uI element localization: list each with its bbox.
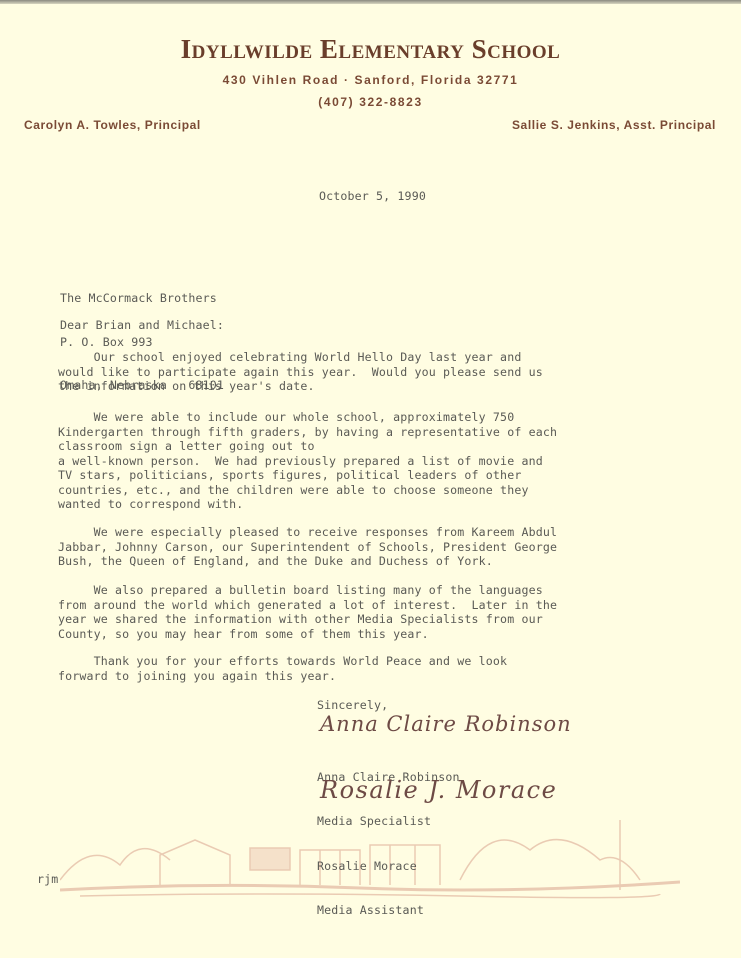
school-address: 430 Vihlen Road · Sanford, Florida 32771 [0, 73, 741, 87]
handwritten-signature: Rosalie J. Morace [320, 776, 557, 804]
signatory-title: Media Assistant [317, 903, 424, 918]
principal-name: Carolyn A. Towles, Principal [24, 118, 201, 132]
salutation: Dear Brian and Michael: [60, 318, 224, 333]
body-paragraph: We were especially pleased to receive re… [58, 525, 557, 569]
body-paragraph: Our school enjoyed celebrating World Hel… [58, 350, 543, 394]
recipient-line: The McCormack Brothers [60, 291, 224, 306]
body-paragraph: Thank you for your efforts towards World… [58, 654, 507, 683]
body-paragraph: We were able to include our whole school… [58, 410, 557, 512]
signatory-name: Rosalie Morace [317, 859, 424, 874]
recipient-line: P. O. Box 993 [60, 335, 224, 350]
typist-initials: rjm [37, 872, 58, 887]
letter-date: October 5, 1990 [319, 189, 426, 204]
signatory-title: Media Specialist [317, 814, 460, 829]
signatory-block: Rosalie Morace Media Assistant [317, 830, 424, 932]
closing: Sincerely, [317, 698, 388, 713]
handwritten-signature: Anna Claire Robinson [320, 712, 572, 736]
asst-principal-name: Sallie S. Jenkins, Asst. Principal [512, 118, 716, 132]
body-paragraph: We also prepared a bulletin board listin… [58, 583, 557, 641]
school-phone: (407) 322-8823 [0, 95, 741, 109]
scan-edge [0, 0, 741, 4]
school-name: Idyllwilde Elementary School [0, 34, 741, 65]
